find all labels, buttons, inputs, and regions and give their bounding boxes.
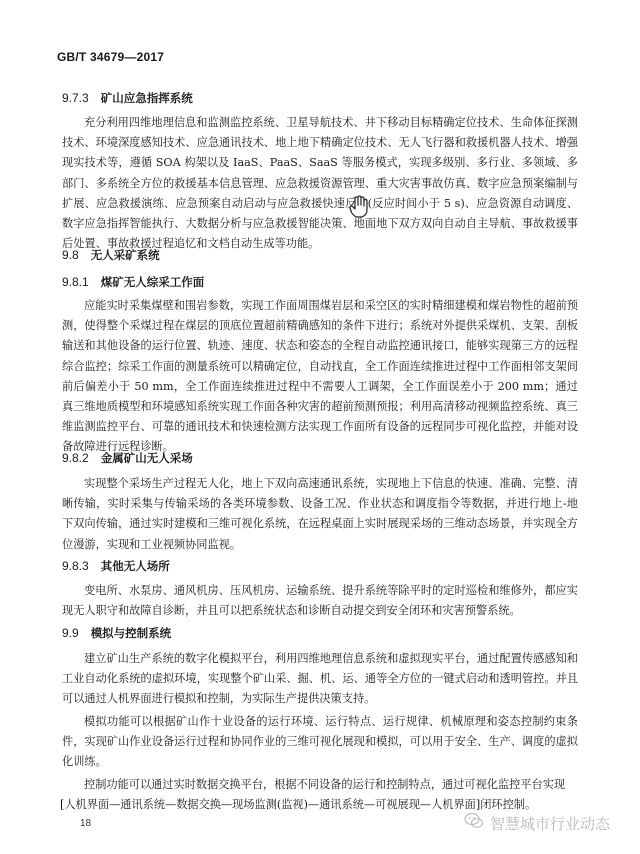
section-heading-9-8: 9.8无人采矿系统 (62, 247, 160, 263)
section-title: 煤矿无人综采工作面 (101, 275, 205, 289)
section-number: 9.8.2 (62, 451, 89, 465)
section-title: 其他无人场所 (101, 559, 170, 573)
paragraph: 变电所、水泵房、通风机房、压风机房、运输系统、提升系统等除平时的定时巡检和维修外… (62, 581, 578, 621)
section-title: 矿山应急指挥系统 (101, 91, 193, 105)
section-number: 9.7.3 (62, 91, 89, 105)
section-heading-9-7-3: 9.7.3矿山应急指挥系统 (62, 90, 193, 106)
paragraph: 控制功能可以通过实时数据交换平台，根据不同设备的运行和控制特点，通过可视化监控平… (62, 775, 578, 795)
section-heading-9-8-3: 9.8.3其他无人场所 (62, 558, 170, 574)
standard-code: GB/T 34679—2017 (57, 50, 164, 64)
watermark-text: 智慧城市行业动态 (490, 813, 610, 834)
section-heading-9-8-1: 9.8.1煤矿无人综采工作面 (62, 274, 204, 290)
section-heading-9-9: 9.9模拟与控制系统 (62, 625, 171, 641)
section-number: 9.8.1 (62, 275, 89, 289)
document-page: GB/T 34679—2017 9.7.3矿山应急指挥系统 充分利用四维地理信息… (0, 0, 640, 854)
paragraph: 建立矿山生产系统的数字化模拟平台，利用四维地理信息系统和虚拟现实平台，通过配置传… (62, 649, 578, 710)
wechat-icon (464, 812, 484, 834)
paragraph: 模拟功能可以根据矿山作十业设备的运行环境、运行特点、运行规律、机械原理和姿态控制… (62, 712, 578, 773)
section-number: 9.8.3 (62, 559, 89, 573)
hand-pointer-icon (348, 195, 370, 219)
paragraph: 充分利用四维地理信息和监测监控系统、卫星导航技术、井下移动目标精确定位技术、生命… (62, 113, 578, 254)
section-title: 模拟与控制系统 (91, 626, 172, 640)
paragraph: 应能实时采集煤壁和围岩参数，实现工作面周围煤岩层和采空区的实时精细建模和煤岩物性… (62, 296, 578, 458)
paragraph: 实现整个采场生产过程无人化，地上下双向高速通讯系统，实现地上下信息的快速、准确、… (62, 474, 578, 555)
section-title: 无人采矿系统 (91, 248, 160, 262)
page-number: 18 (80, 818, 91, 829)
section-number: 9.8 (62, 248, 79, 262)
watermark: 智慧城市行业动态 (464, 812, 610, 834)
section-heading-9-8-2: 9.8.2金属矿山无人采场 (62, 450, 193, 466)
section-title: 金属矿山无人采场 (101, 451, 193, 465)
section-number: 9.9 (62, 626, 79, 640)
